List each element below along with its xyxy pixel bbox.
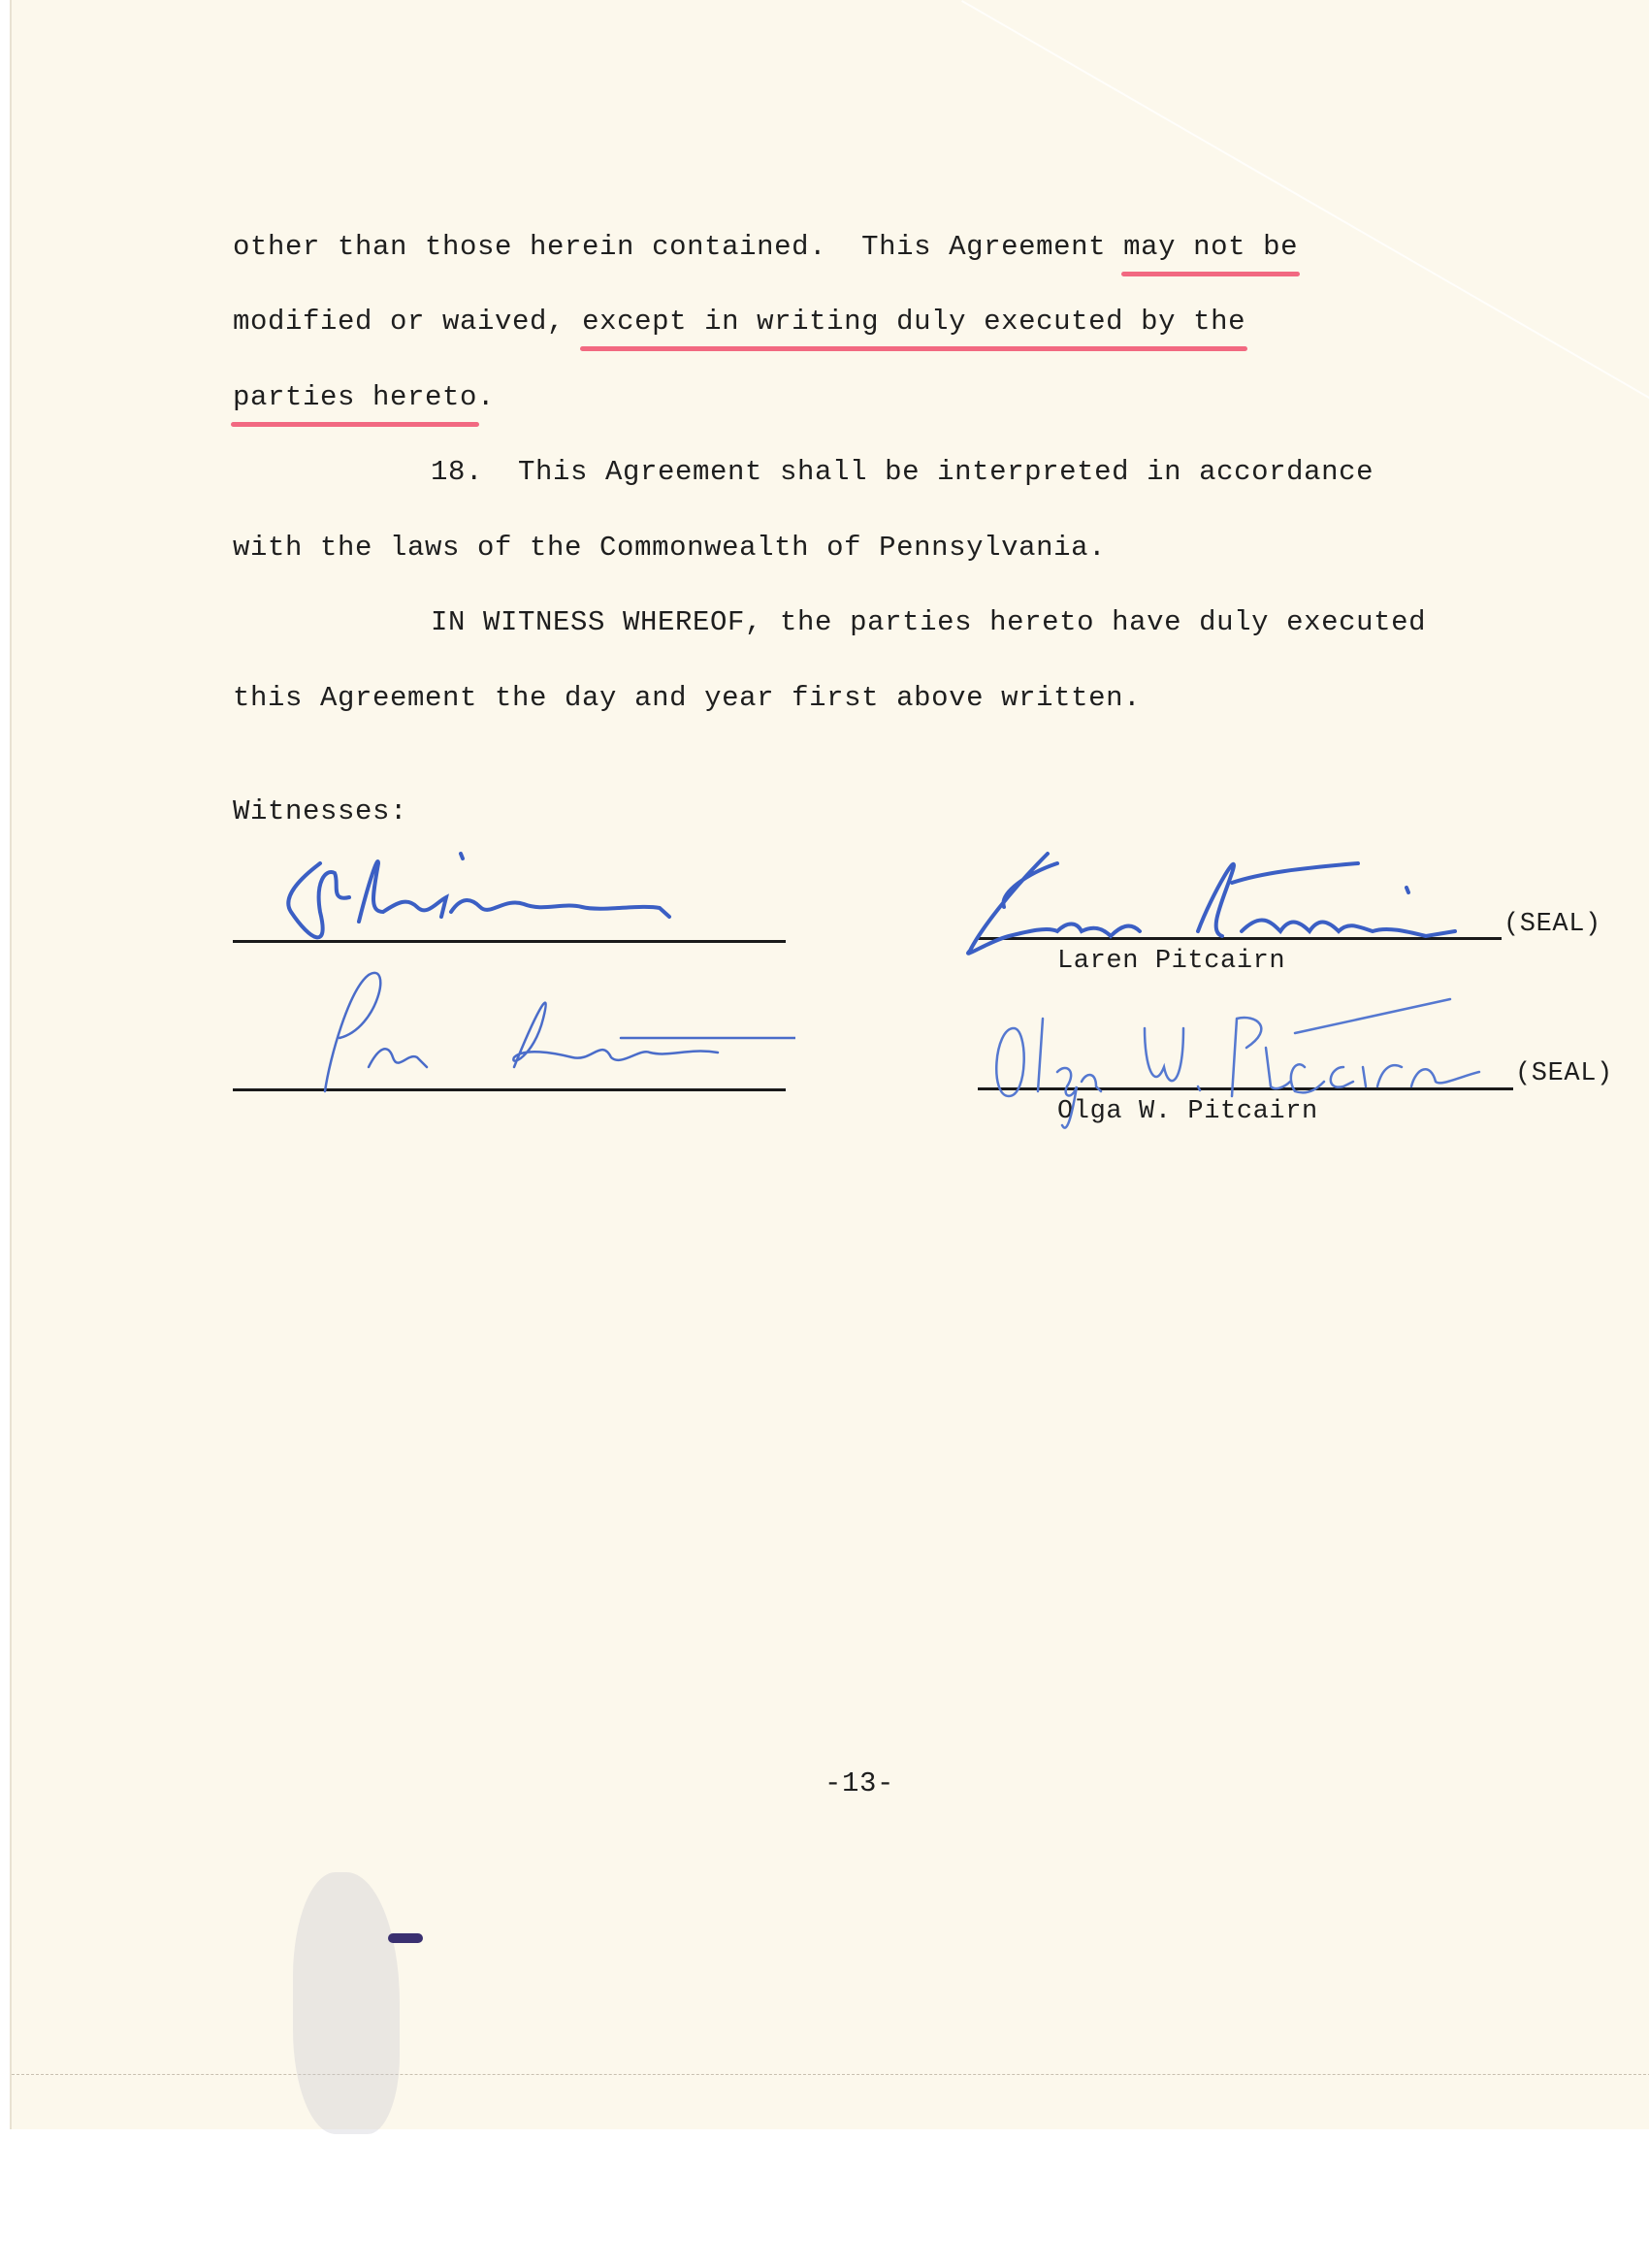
para-18-line-1: 18. This Agreement shall be interpreted …: [431, 456, 1374, 488]
seal-label-1: (SEAL): [1503, 910, 1601, 939]
underlined-text: except in writing duly executed by the: [582, 306, 1245, 338]
underlined-text: parties hereto: [233, 381, 477, 413]
text-span: modified or waived,: [233, 306, 582, 338]
witness-clause-line-2: this Agreement the day and year first ab…: [233, 682, 1141, 714]
witness-signature-2: [310, 960, 795, 1096]
underlined-text: may not be: [1123, 231, 1298, 263]
party-signature-1: [951, 834, 1494, 970]
body-line-3: parties hereto.: [233, 381, 495, 413]
page-number: -13-: [824, 1767, 894, 1799]
body-line-1: other than those herein contained. This …: [233, 231, 1298, 263]
paper-stain: [293, 1872, 400, 2134]
party-signature-2: [975, 989, 1518, 1145]
para-18-line-2: with the laws of the Commonwealth of Pen…: [233, 532, 1106, 564]
ink-spot: [388, 1933, 423, 1943]
witness-signature-1: [272, 844, 727, 960]
witnesses-label: Witnesses:: [233, 795, 407, 827]
body-line-2: modified or waived, except in writing du…: [233, 306, 1245, 338]
text-span: other than those herein contained. This …: [233, 231, 1123, 263]
paper-crease: [961, 0, 1649, 438]
witness-clause-line-1: IN WITNESS WHEREOF, the parties hereto h…: [431, 606, 1426, 638]
text-span: .: [477, 381, 495, 413]
paper-fold-line: [12, 2074, 1649, 2076]
seal-label-2: (SEAL): [1515, 1059, 1613, 1088]
